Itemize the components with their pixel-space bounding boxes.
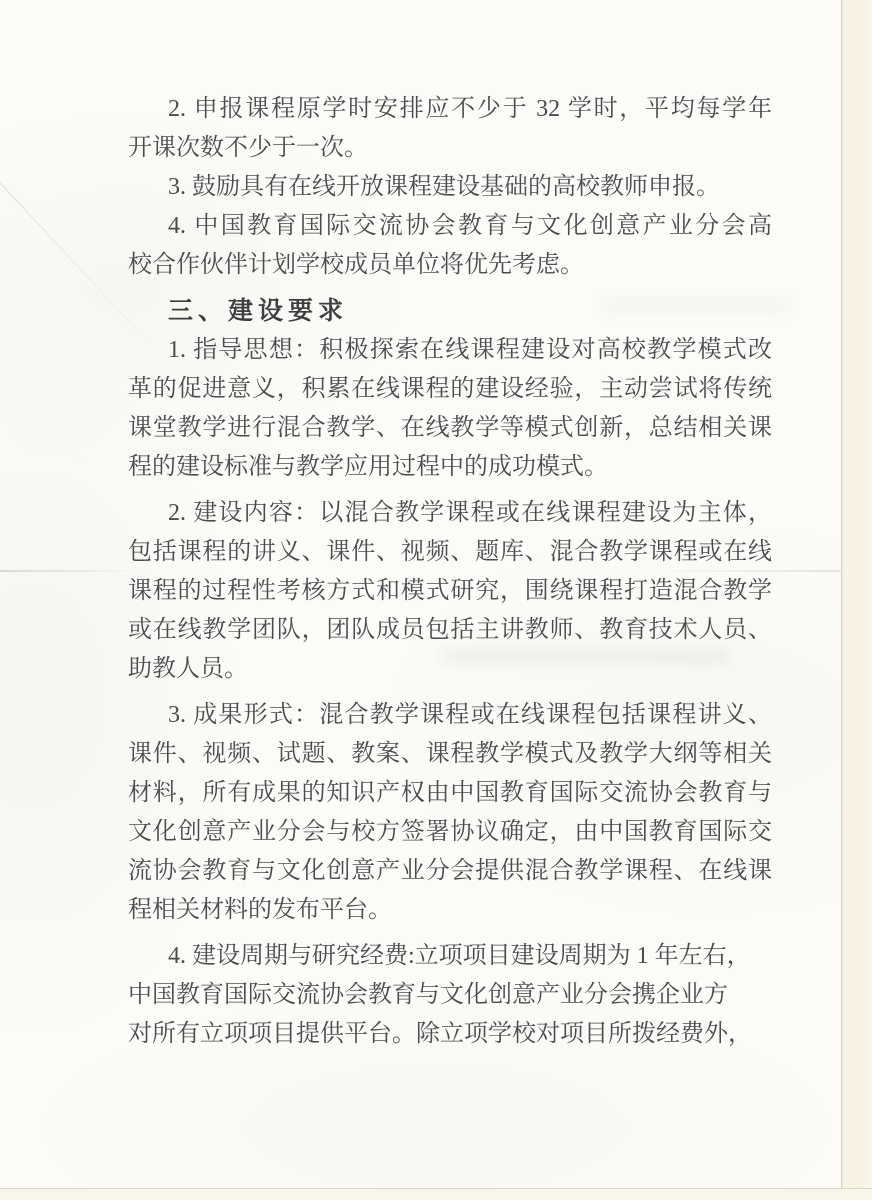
section-heading: 三、建设要求 bbox=[128, 292, 772, 331]
text-line: 或在线教学团队，团队成员包括主讲教师、教育技术人员、 bbox=[128, 611, 772, 650]
paragraph: 2. 申报课程原学时安排应不少于 32 学时，平均每学年开课次数不少于一次。 bbox=[128, 90, 772, 168]
paragraph: 3. 成果形式：混合教学课程或在线课程包括课程讲义、课件、视频、试题、教案、课程… bbox=[128, 696, 772, 930]
text-line: 开课次数不少于一次。 bbox=[128, 129, 772, 168]
text-line: 中国教育国际交流协会教育与文化创意产业分会携企业方 bbox=[128, 976, 772, 1015]
text-line: 助教人员。 bbox=[128, 650, 772, 689]
text-line: 2. 申报课程原学时安排应不少于 32 学时，平均每学年 bbox=[128, 90, 772, 129]
text-line: 包括课程的讲义、课件、视频、题库、混合教学课程或在线 bbox=[128, 533, 772, 572]
text-line: 3. 成果形式：混合教学课程或在线课程包括课程讲义、 bbox=[128, 696, 772, 735]
text-line: 对所有立项项目提供平台。除立项学校对项目所拨经费外， bbox=[128, 1015, 772, 1054]
paragraph: 2. 建设内容：以混合教学课程或在线课程建设为主体，包括课程的讲义、课件、视频、… bbox=[128, 494, 772, 689]
paragraph: 1. 指导思想：积极探索在线课程建设对高校教学模式改革的促进意义，积累在线课程的… bbox=[128, 331, 772, 487]
text-line: 文化创意产业分会与校方签署协议确定，由中国教育国际交 bbox=[128, 813, 772, 852]
text-line: 材料，所有成果的知识产权由中国教育国际交流协会教育与 bbox=[128, 774, 772, 813]
text-line: 三、建设要求 bbox=[128, 292, 772, 331]
scanned-document-page: 2. 申报课程原学时安排应不少于 32 学时，平均每学年开课次数不少于一次。3.… bbox=[0, 0, 872, 1200]
text-line: 2. 建设内容：以混合教学课程或在线课程建设为主体， bbox=[128, 494, 772, 533]
text-line: 课程的过程性考核方式和模式研究，围绕课程打造混合教学 bbox=[128, 572, 772, 611]
text-line: 3. 鼓励具有在线开放课程建设基础的高校教师申报。 bbox=[128, 168, 772, 207]
text-line: 课堂教学进行混合教学、在线教学等模式创新，总结相关课 bbox=[128, 409, 772, 448]
scan-page-bottom-edge bbox=[0, 1188, 872, 1200]
text-line: 课件、视频、试题、教案、课程教学模式及教学大纲等相关 bbox=[128, 735, 772, 774]
text-line: 程相关材料的发布平台。 bbox=[128, 891, 772, 930]
text-line: 流协会教育与文化创意产业分会提供混合教学课程、在线课 bbox=[128, 852, 772, 891]
paragraph: 4. 中国教育国际交流协会教育与文化创意产业分会高校合作伙伴计划学校成员单位将优… bbox=[128, 207, 772, 285]
text-line: 4. 中国教育国际交流协会教育与文化创意产业分会高 bbox=[128, 207, 772, 246]
document-text: 2. 申报课程原学时安排应不少于 32 学时，平均每学年开课次数不少于一次。3.… bbox=[128, 90, 772, 1054]
text-line: 革的促进意义，积累在线课程的建设经验，主动尝试将传统 bbox=[128, 370, 772, 409]
text-line: 1. 指导思想：积极探索在线课程建设对高校教学模式改 bbox=[128, 331, 772, 370]
text-line: 程的建设标准与教学应用过程中的成功模式。 bbox=[128, 448, 772, 487]
paragraph: 4. 建设周期与研究经费:立项项目建设周期为 1 年左右，中国教育国际交流协会教… bbox=[128, 937, 772, 1054]
scan-page-right-edge bbox=[841, 0, 872, 1200]
text-line: 校合作伙伴计划学校成员单位将优先考虑。 bbox=[128, 246, 772, 285]
text-line: 4. 建设周期与研究经费:立项项目建设周期为 1 年左右， bbox=[128, 937, 772, 976]
paragraph: 3. 鼓励具有在线开放课程建设基础的高校教师申报。 bbox=[128, 168, 772, 207]
